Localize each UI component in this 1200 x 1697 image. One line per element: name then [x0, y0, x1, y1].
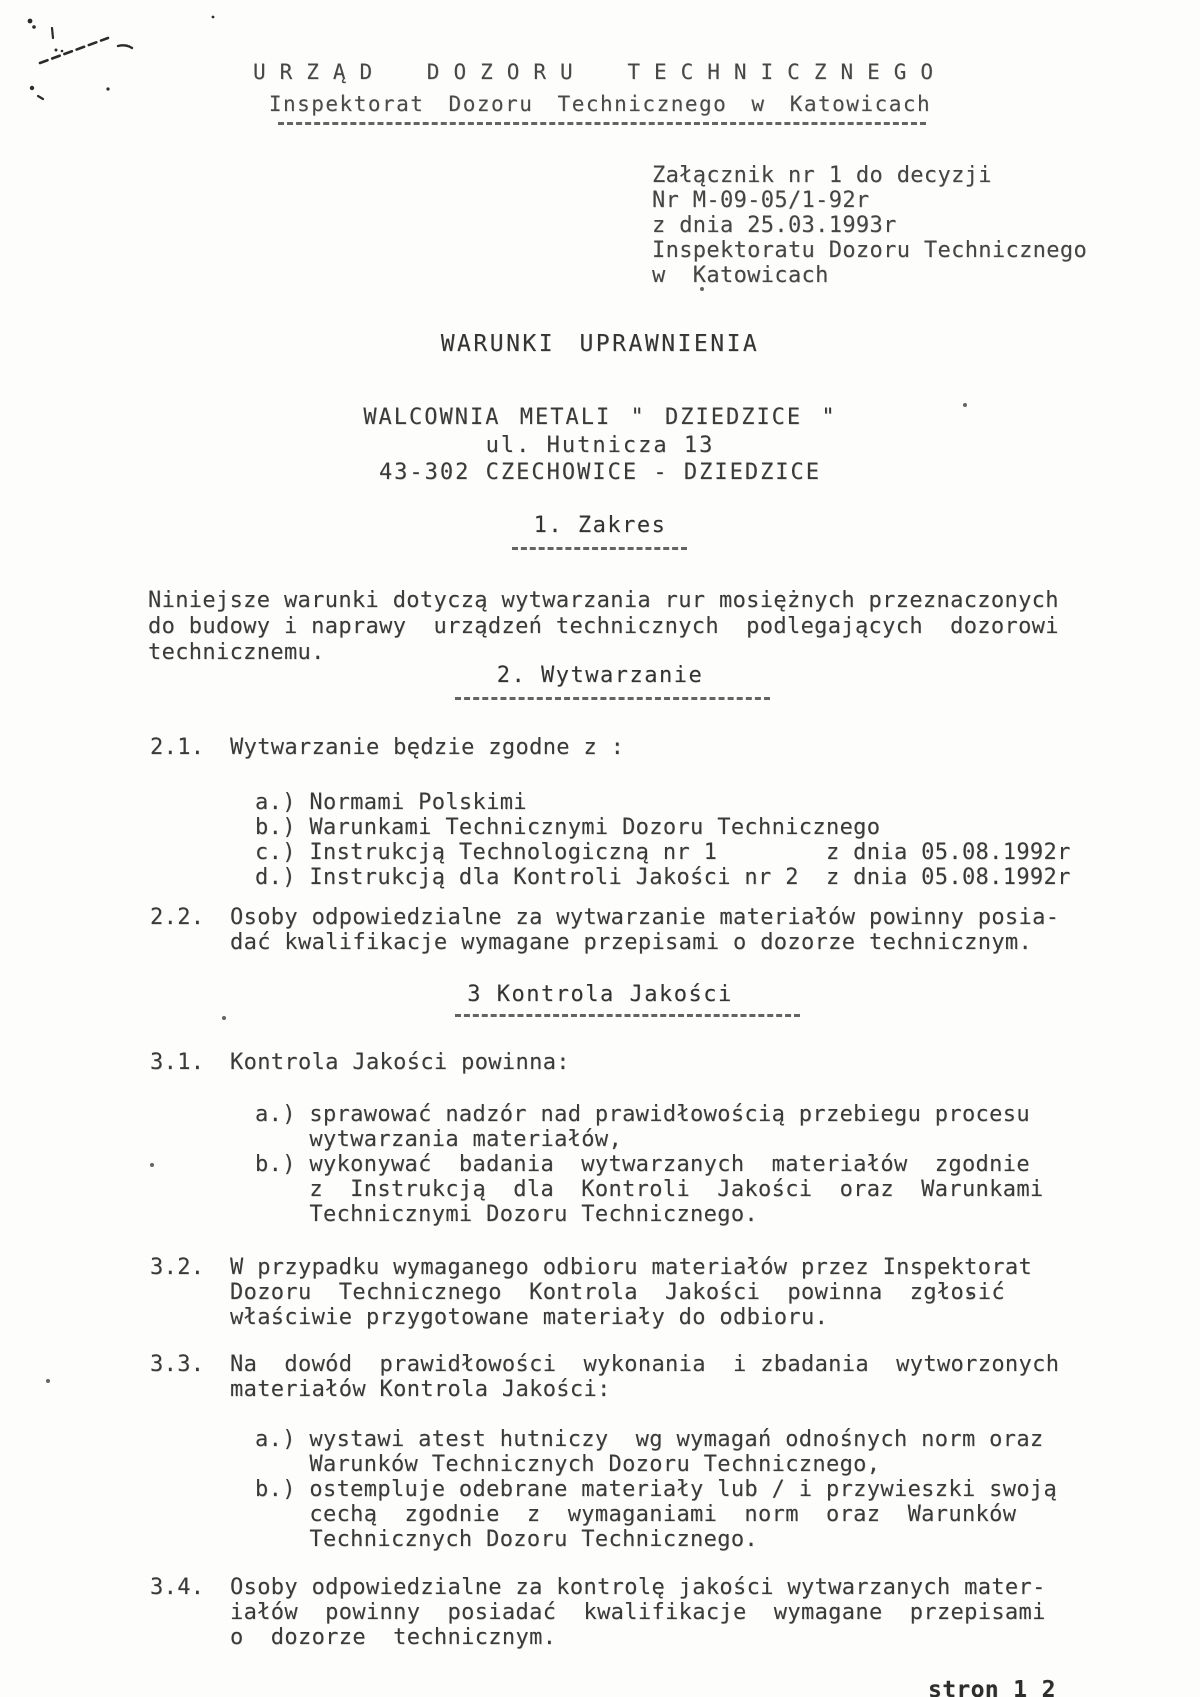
ink-speck	[700, 287, 704, 291]
item-3-4: 3.4. Osoby odpowiedzialne za kontrolę ja…	[150, 1575, 1046, 1650]
item-3-4-text: Osoby odpowiedzialne za kontrolę jakości…	[230, 1575, 1046, 1650]
item-2-1-number: 2.1.	[150, 735, 230, 760]
company-postal-city: 43-302 CZECHOWICE - DZIEDZICE	[0, 460, 1200, 485]
ink-speck	[150, 1163, 154, 1167]
scanned-document-page: URZĄD DOZORU TECHNICZNEGO Inspektorat Do…	[0, 0, 1200, 1697]
item-3-3-number: 3.3.	[150, 1352, 230, 1402]
item-2-2-number: 2.2.	[150, 905, 230, 955]
section-2-divider	[455, 697, 770, 700]
document-title: WARUNKI UPRAWNIENIA	[0, 332, 1200, 357]
ink-speck	[963, 403, 967, 407]
header-divider	[278, 122, 926, 125]
item-2-1: 2.1. Wytwarzanie będzie zgodne z :	[150, 735, 624, 760]
section-3-heading: 3 Kontrola Jakości	[0, 982, 1200, 1007]
section-1-body: Niniejsze warunki dotyczą wytwarzania ru…	[148, 588, 1059, 666]
ink-speck	[222, 1016, 226, 1020]
section-1-divider	[512, 547, 687, 550]
org-name: URZĄD DOZORU TECHNICZNEGO	[0, 60, 1200, 85]
item-2-2: 2.2. Osoby odpowiedzialne za wytwarzanie…	[150, 905, 1059, 955]
item-3-4-number: 3.4.	[150, 1575, 230, 1650]
ink-speck	[968, 1292, 972, 1296]
item-3-2: 3.2. W przypadku wymaganego odbioru mate…	[150, 1255, 1032, 1330]
item-2-1-sublist: a.) Normami Polskimi b.) Warunkami Techn…	[255, 790, 1071, 890]
item-3-3-text: Na dowód prawidłowości wykonania i zbada…	[230, 1352, 1059, 1402]
attachment-reference: Załącznik nr 1 do decyzji Nr M-09-05/1-9…	[652, 163, 1087, 288]
page-count-note: stron 1 2	[928, 1678, 1056, 1697]
section-2-heading: 2. Wytwarzanie	[0, 663, 1200, 688]
section-1-heading: 1. Zakres	[0, 513, 1200, 538]
ink-speck	[46, 1379, 50, 1383]
company-name: WALCOWNIA METALI " DZIEDZICE "	[0, 405, 1200, 430]
item-3-1-sublist: a.) sprawować nadzór nad prawidłowością …	[255, 1102, 1044, 1227]
item-3-2-number: 3.2.	[150, 1255, 230, 1330]
item-3-1-number: 3.1.	[150, 1050, 230, 1075]
item-3-3-sublist: a.) wystawi atest hutniczy wg wymagań od…	[255, 1427, 1057, 1552]
company-street: ul. Hutnicza 13	[0, 433, 1200, 458]
item-3-1-text: Kontrola Jakości powinna:	[230, 1050, 570, 1075]
section-3-divider	[455, 1014, 800, 1017]
item-3-3: 3.3. Na dowód prawidłowości wykonania i …	[150, 1352, 1059, 1402]
org-unit: Inspektorat Dozoru Technicznego w Katowi…	[0, 92, 1200, 117]
item-2-2-text: Osoby odpowiedzialne za wytwarzanie mate…	[230, 905, 1059, 955]
item-3-2-text: W przypadku wymaganego odbioru materiałó…	[230, 1255, 1032, 1330]
item-3-1: 3.1. Kontrola Jakości powinna:	[150, 1050, 570, 1075]
item-2-1-text: Wytwarzanie będzie zgodne z :	[230, 735, 624, 760]
